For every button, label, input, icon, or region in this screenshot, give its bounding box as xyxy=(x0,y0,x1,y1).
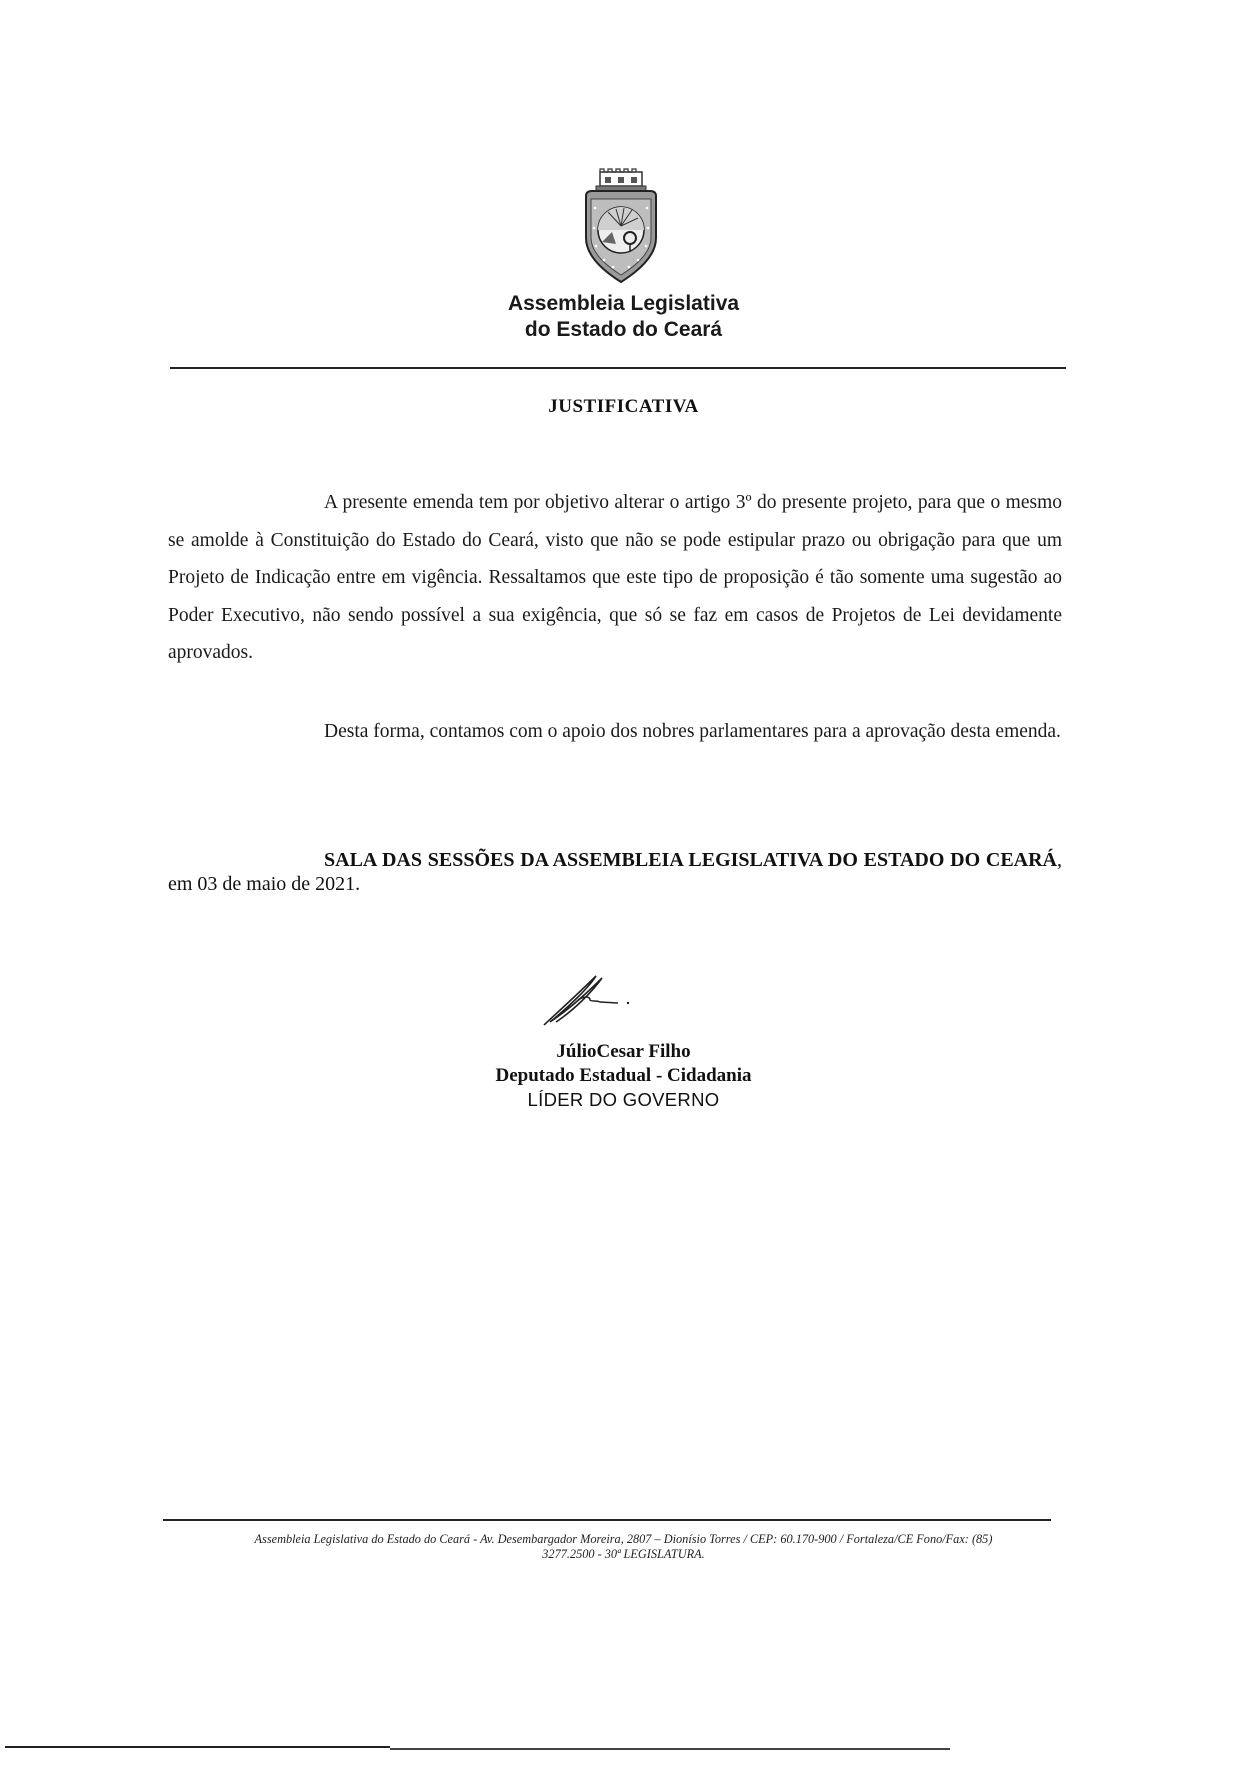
footer-divider xyxy=(163,1519,1051,1521)
justification-paragraph: A presente emenda tem por objetivo alter… xyxy=(168,484,1062,672)
document-title: JUSTIFICATIVA xyxy=(0,396,1247,418)
signer-role: Deputado Estadual - Cidadania xyxy=(0,1064,1247,1088)
session-hall-label: SALA DAS SESSÕES DA ASSEMBLEIA LEGISLATI… xyxy=(324,849,1057,871)
closing-statement: SALA DAS SESSÕES DA ASSEMBLEIA LEGISLATI… xyxy=(168,848,1062,896)
page-edge-line xyxy=(5,1746,390,1748)
ceara-coat-of-arms-icon xyxy=(578,168,664,286)
organization-name: Assembleia Legislativa xyxy=(0,292,1247,316)
signer-title: LÍDER DO GOVERNO xyxy=(0,1088,1247,1112)
page-edge-line-continued xyxy=(390,1748,950,1750)
organization-state: do Estado do Ceará xyxy=(0,318,1247,342)
handwritten-signature-icon xyxy=(540,970,660,1030)
signer-name: JúlioCesar Filho xyxy=(0,1040,1247,1064)
footer-phone-legislature: 3277.2500 - 30ª LEGISLATURA. xyxy=(0,1547,1247,1562)
footer-address: Assembleia Legislativa do Estado do Cear… xyxy=(0,1532,1247,1547)
support-paragraph: Desta forma, contamos com o apoio dos no… xyxy=(168,713,1062,751)
header-divider xyxy=(170,367,1066,369)
